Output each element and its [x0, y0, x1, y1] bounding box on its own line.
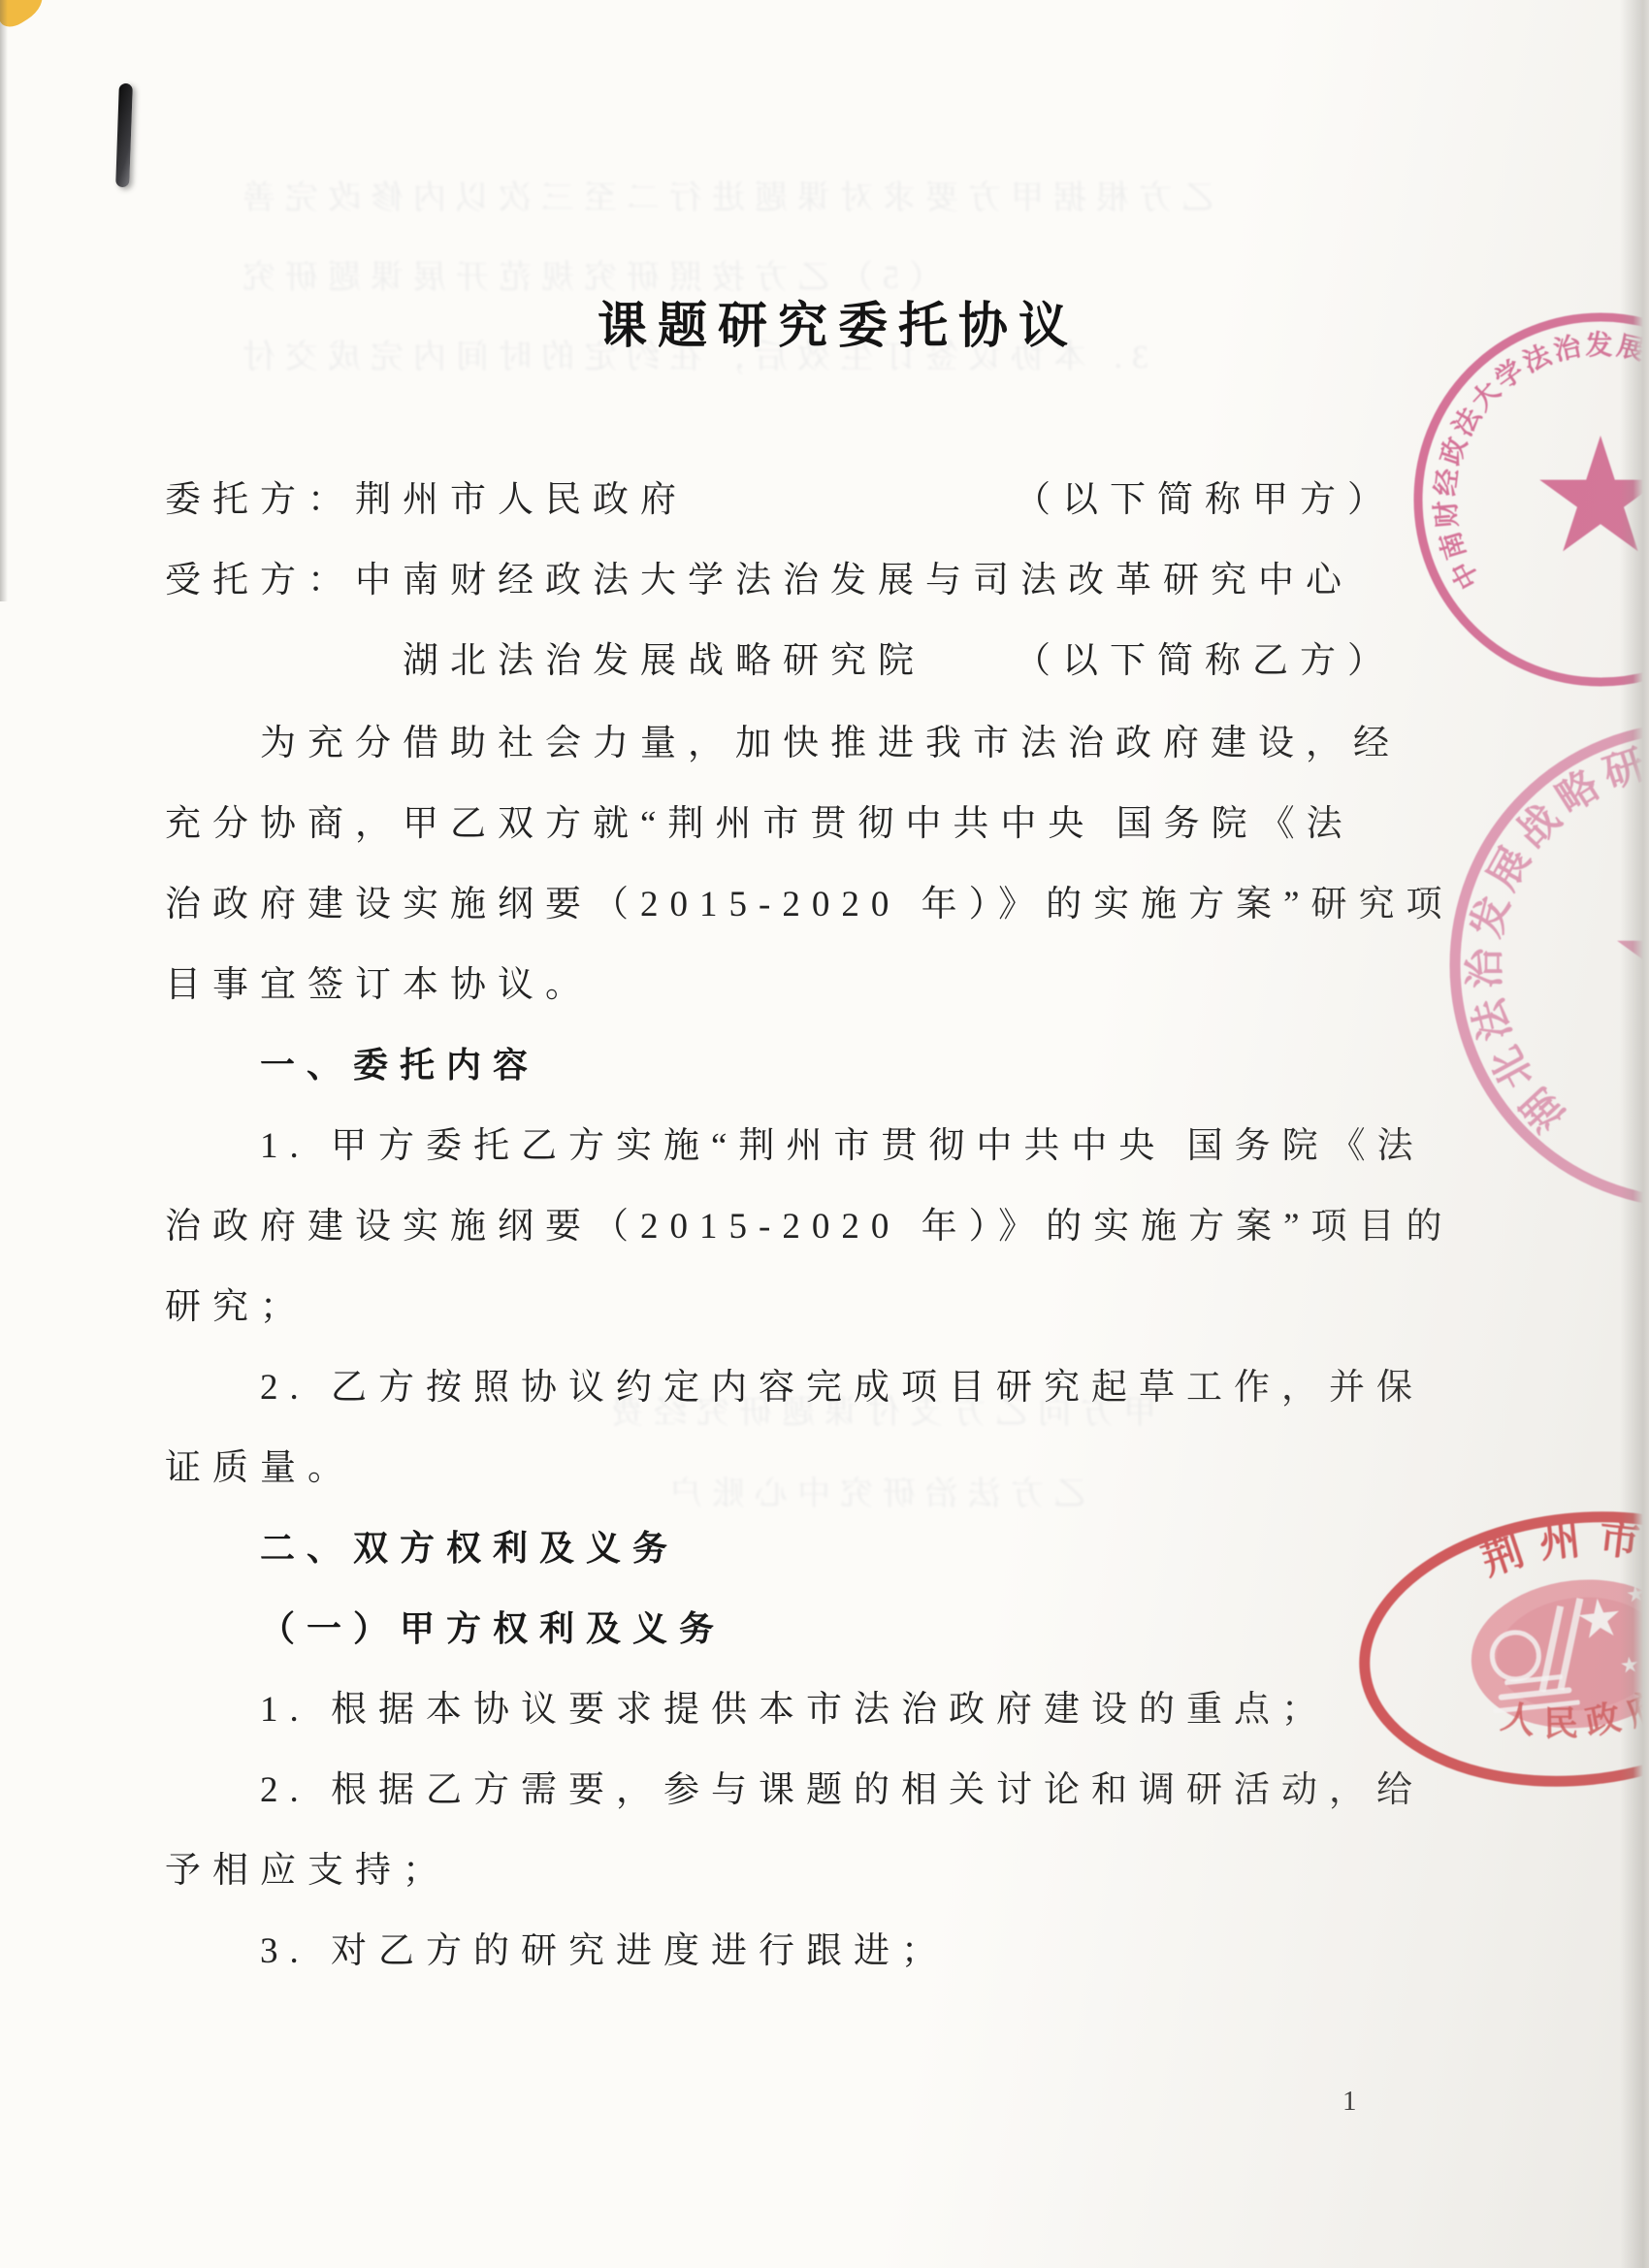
text-line-3: （以下简称乙方） — [1015, 643, 1395, 679]
text-line-12: 2. 乙方按照协议约定内容完成项目研究起草工作，并保 — [260, 1370, 1424, 1406]
text-line-9: 1. 甲方委托乙方实施“荆州市贯彻中共中央 国务院《法 — [260, 1128, 1425, 1164]
text-line-17: 2. 根据乙方需要，参与课题的相关讨论和调研活动，给 — [260, 1772, 1424, 1808]
gov-seal-bottom-text: 人民政府 — [1494, 1678, 1649, 1752]
page-number: 1 — [1342, 2086, 1358, 2118]
text-line-5: 充分协商，甲乙双方就“荆州市贯彻中共中央 国务院《法 — [165, 806, 1354, 842]
text-line-2: 受托方：中南财经政法大学法治发展与司法改革研究中心 — [165, 563, 1353, 599]
corner-highlight-mark — [0, 0, 49, 32]
text-line-6: 治政府建设实施纲要（2015-2020 年）》的实施方案”研究项 — [165, 887, 1454, 923]
bleedthrough-line-1: 乙方根据甲方要求对课题进行二至三次以内修改完善 — [233, 171, 1214, 218]
text-line-15: （一）甲方权利及义务 — [260, 1611, 726, 1646]
text-line-18: 予相应支持； — [165, 1853, 450, 1889]
svg-text:荆州市: 荆州市 — [1474, 1508, 1649, 1585]
text-line-13: 证质量。 — [165, 1450, 355, 1486]
text-line-16: 1. 根据本协议要求提供本市法治政府建设的重点； — [260, 1692, 1329, 1728]
university-seal: 中南财经政法大学法治发展与司法改革研究中心 — [1418, 317, 1649, 682]
text-line-14: 二、双方权利及义务 — [260, 1531, 679, 1566]
university-seal-text: 中南财经政法大学法治发展与司法改革研究中心 — [1430, 329, 1649, 594]
text-line-7: 目事宜签订本协议。 — [165, 967, 593, 1003]
bleedthrough-line-5: 乙方法治研究中心账户 — [660, 1467, 1086, 1514]
svg-text:人民政府: 人民政府 — [1494, 1678, 1649, 1752]
text-line-4: 为充分借助社会力量，加快推进我市法治政府建设，经 — [260, 726, 1401, 761]
staple-mark — [115, 83, 133, 187]
text-line-3: 湖北法治发展战略研究院 — [403, 643, 925, 679]
svg-text:中南财经政法大学法治发展与司法改革研究中心: 中南财经政法大学法治发展与司法改革研究中心 — [1430, 329, 1649, 594]
text-line-10: 治政府建设实施纲要（2015-2020 年）》的实施方案”项目的 — [165, 1209, 1454, 1245]
gov-seal-top-text: 荆州市 — [1474, 1508, 1649, 1585]
text-line-1: 委托方：荆州市人民政府 — [165, 482, 688, 518]
text-line-1: （以下简称甲方） — [1015, 482, 1395, 518]
national-emblem — [1464, 1570, 1649, 1739]
scanned-document-page: 乙方根据甲方要求对课题进行二至三次以内修改完善（5）乙方按照研究规范开展课题研究… — [0, 0, 1649, 2268]
document-title: 课题研究委托协议 — [0, 285, 1649, 357]
text-line-11: 研究； — [165, 1289, 307, 1325]
jingzhou-gov-seal: 荆州市 人民政府 — [1351, 1496, 1649, 1802]
text-line-19: 3. 对乙方的研究进度进行跟进； — [260, 1933, 949, 1969]
text-line-8: 一、委托内容 — [260, 1048, 539, 1083]
